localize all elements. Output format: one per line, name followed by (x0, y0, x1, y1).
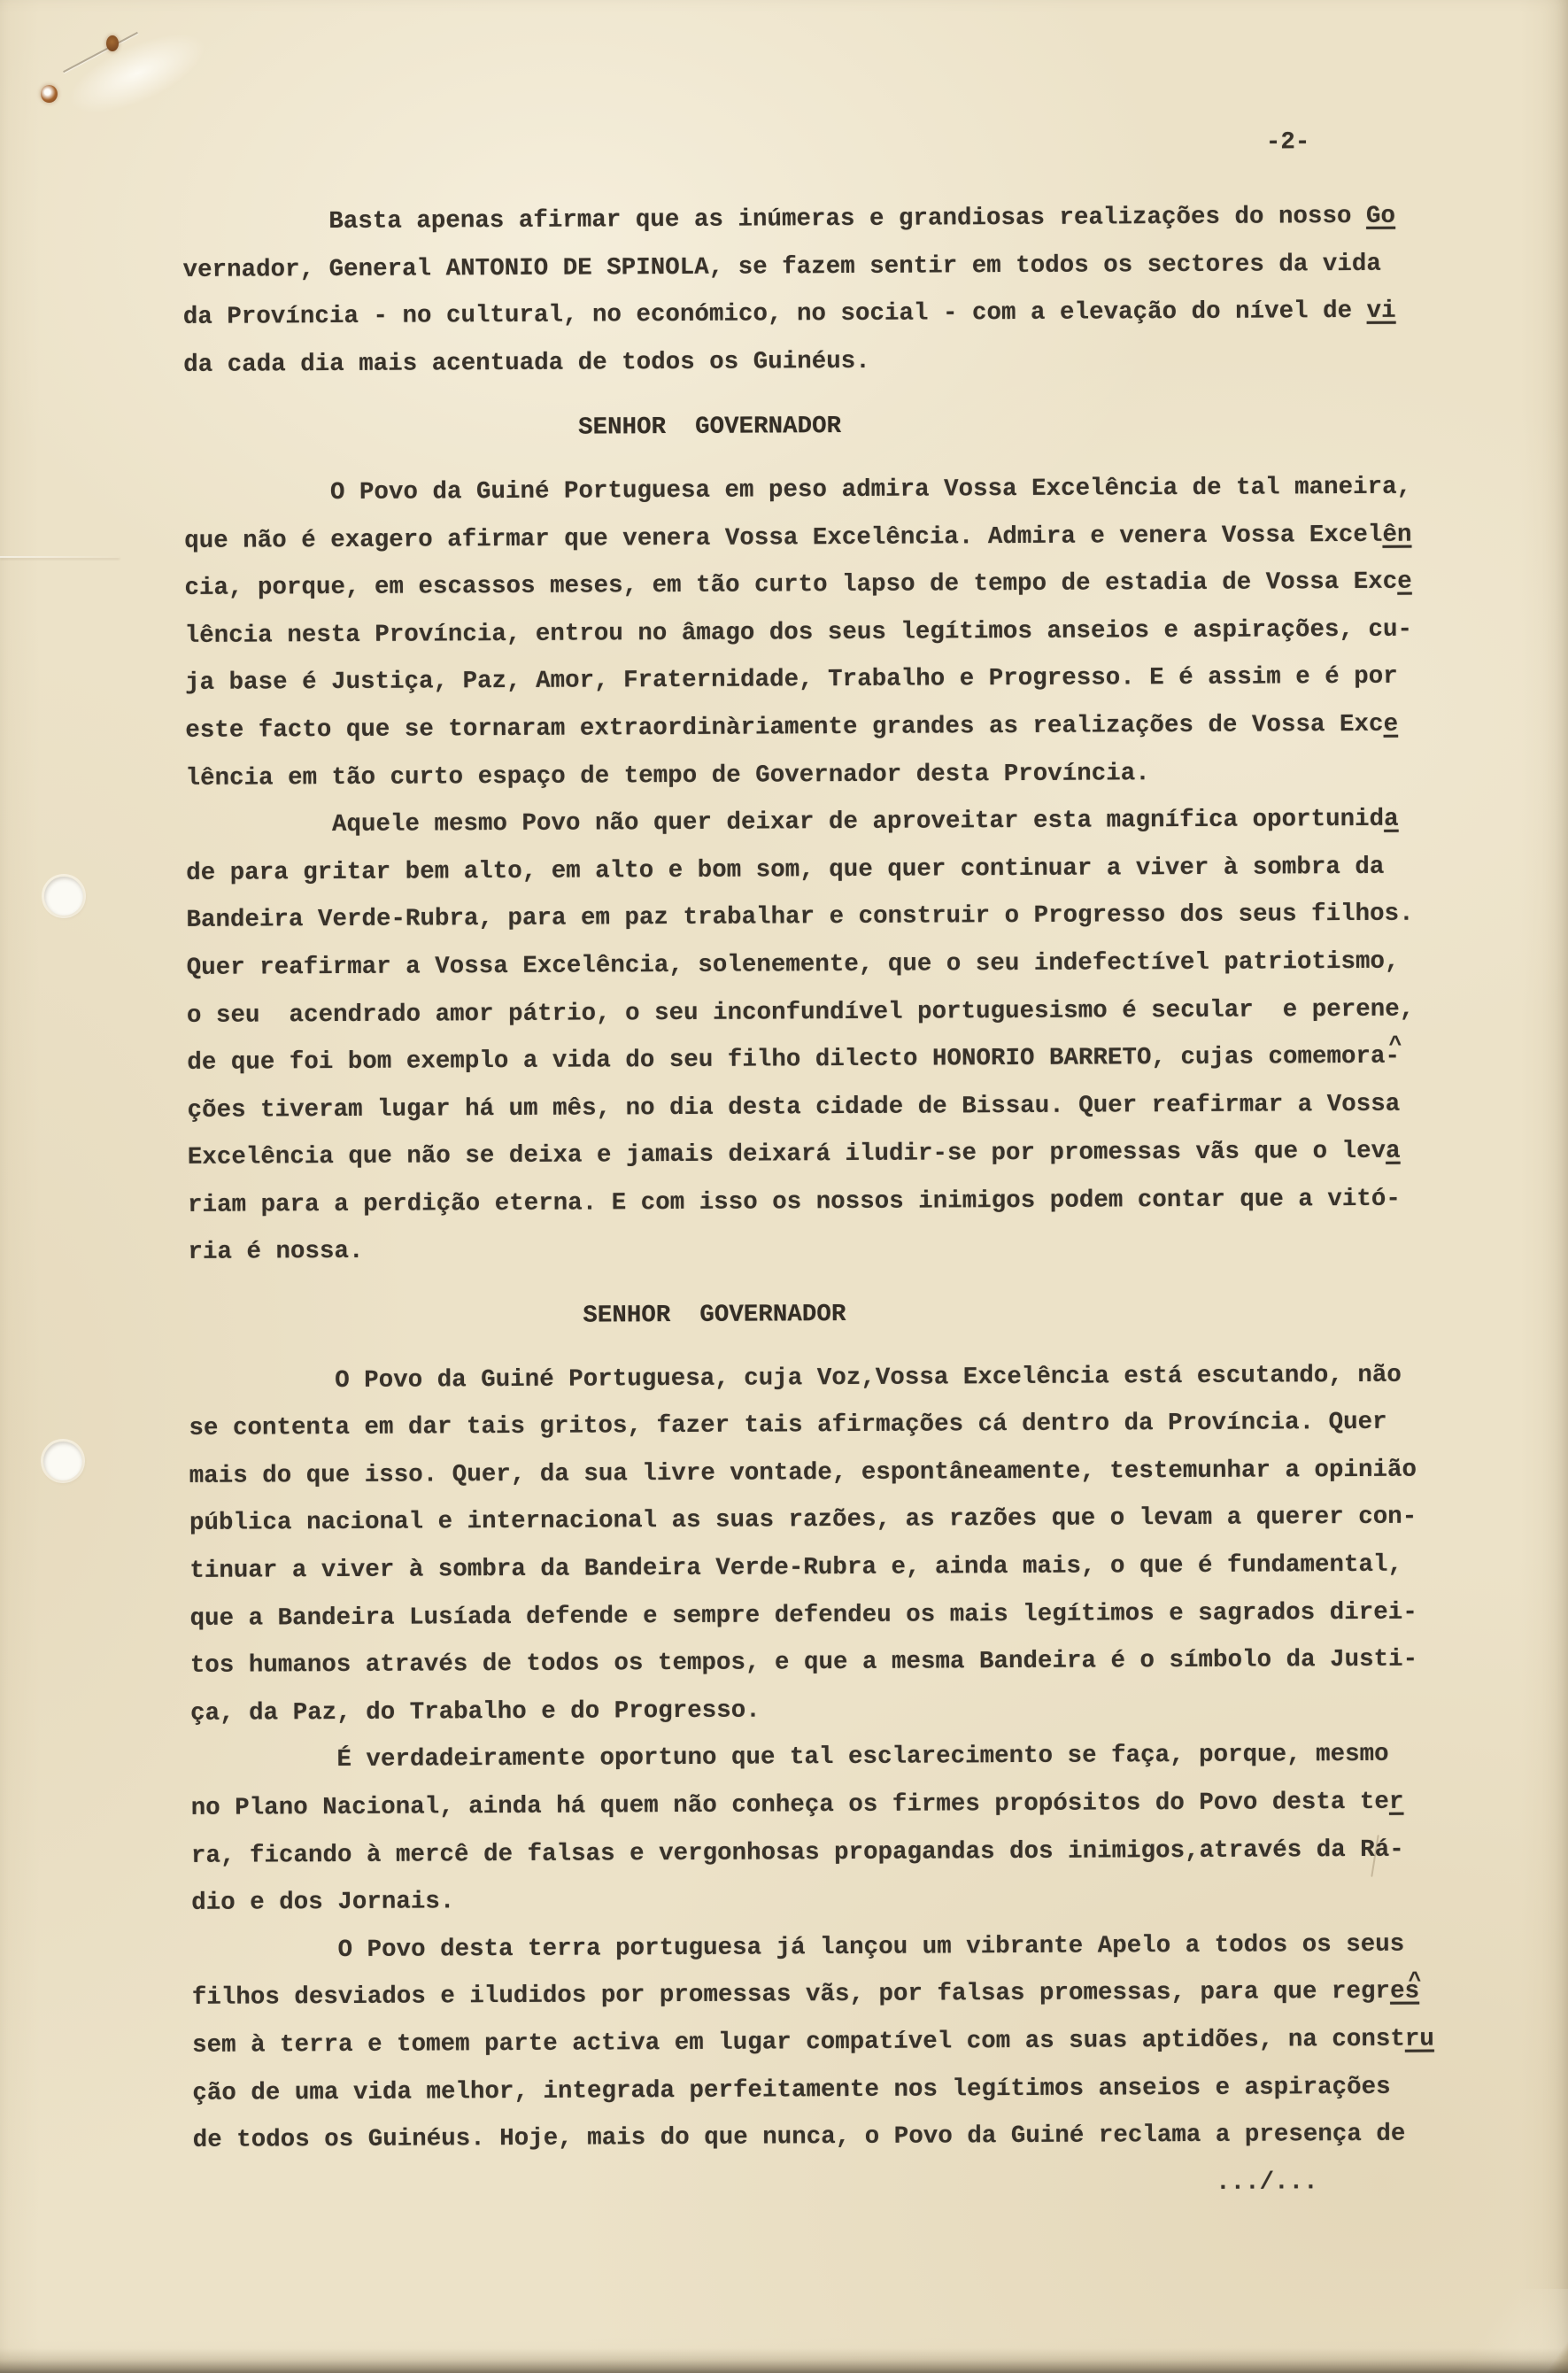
text-line: ria é nossa. (188, 1223, 1430, 1277)
text-line: Bandeira Verde-Rubra, para em paz trabal… (186, 891, 1428, 945)
text-line: de para gritar bem alto, em alto e bom s… (186, 843, 1428, 897)
underlined-syllable: Go (1366, 203, 1395, 230)
text-line: Aquele mesmo Povo não quer deixar de apr… (186, 796, 1428, 850)
text-line: que a Bandeira Lusíada defende e sempre … (189, 1588, 1432, 1643)
text-line: de todos os Guinéus. Hoje, mais do que n… (193, 2111, 1435, 2165)
text-line: dio e dos Jornais. (191, 1874, 1433, 1928)
text-line: no Plano Nacional, ainda há quem não con… (191, 1779, 1433, 1833)
text-line: O Povo desta terra portuguesa já lançou … (191, 1921, 1433, 1975)
text-line: É verdadeiramente oportuno que tal escla… (190, 1731, 1433, 1785)
underlined-syllable: a (1386, 1138, 1401, 1165)
text-line: lência em tão curto espaço de tempo de G… (185, 748, 1427, 802)
text-line: tos humanos através de todos os tempos, … (190, 1636, 1433, 1690)
typewritten-text: Basta apenas afirmar que as inúmeras e g… (182, 193, 1435, 2213)
text-line: de que foi bom exemplo a vida do seu fil… (187, 1033, 1429, 1087)
text-line: Quer reafirmar a Vossa Excelência, solen… (187, 938, 1429, 992)
underlined-syllable: a (1384, 806, 1399, 833)
text-line: ra, ficando à mercê de falsas e vergonho… (191, 1826, 1433, 1880)
text-line: mais do que isso. Quer, da sua livre von… (189, 1446, 1432, 1500)
section-heading: SENHOR GOVERNADOR (189, 1288, 1431, 1342)
text-line: se contenta em dar tais gritos, fazer ta… (189, 1399, 1431, 1453)
text-line: Basta apenas afirmar que as inúmeras e g… (182, 193, 1425, 247)
text-line: tinuar a viver à sombra da Bandeira Verd… (189, 1542, 1432, 1596)
page-number: -2- (1266, 119, 1310, 166)
text-line: que não é exagero afirmar que venera Vos… (184, 511, 1426, 565)
paper-bottom-edge (0, 2348, 1568, 2373)
text-line: filhos desviados e iludidos por promessa… (192, 1968, 1434, 2022)
underlined-syllable: ru (1405, 2026, 1434, 2053)
text-line: riam para a perdição eterna. E com isso … (188, 1175, 1430, 1229)
text-line: ção de uma vida melhor, integrada perfei… (192, 2063, 1434, 2117)
text-line: O Povo da Guiné Portuguesa em peso admir… (184, 464, 1426, 518)
underlined-syllable: ên (1382, 521, 1411, 548)
underlined-syllable: e (1383, 711, 1398, 738)
text-line: cia, porque, em escassos meses, em tão c… (184, 559, 1426, 613)
text-line: da cada dia mais acentuada de todos os G… (183, 335, 1425, 389)
section-heading: SENHOR GOVERNADOR (183, 400, 1425, 454)
text-line: sem à terra e tomem parte activa em luga… (192, 2016, 1434, 2070)
text-line: este facto que se tornaram extraordinàri… (185, 701, 1427, 755)
continuation-mark: .../... (193, 2158, 1435, 2212)
text-line: ja base é Justiça, Paz, Amor, Fraternida… (185, 653, 1427, 707)
text-line: Excelência que não se deixa e jamais dei… (188, 1128, 1430, 1182)
text-line: vernador, General ANTONIO DE SPINOLA, se… (182, 240, 1425, 294)
document-page: -2- Basta apenas afirmar que as inúmeras… (0, 0, 1568, 2373)
text-line: ça, da Paz, do Trabalho e do Progresso. (190, 1683, 1433, 1737)
text-line: lência nesta Província, entrou no âmago … (185, 606, 1427, 660)
text-line: pública nacional e internacional as suas… (189, 1494, 1432, 1548)
text-line: ções tiveram lugar há um mês, no dia des… (187, 1080, 1429, 1134)
underlined-syllable: r (1389, 1789, 1404, 1816)
text-line: da Província - no cultural, no económico… (183, 288, 1425, 342)
text-line: O Povo da Guiné Portuguesa, cuja Voz,Vos… (189, 1351, 1431, 1405)
text-line: o seu acendrado amor pátrio, o seu incon… (187, 986, 1429, 1040)
underlined-syllable: vi (1366, 298, 1395, 325)
underlined-syllable: e (1397, 568, 1412, 596)
typewritten-layer: -2- Basta apenas afirmar que as inúmeras… (0, 0, 1568, 2373)
